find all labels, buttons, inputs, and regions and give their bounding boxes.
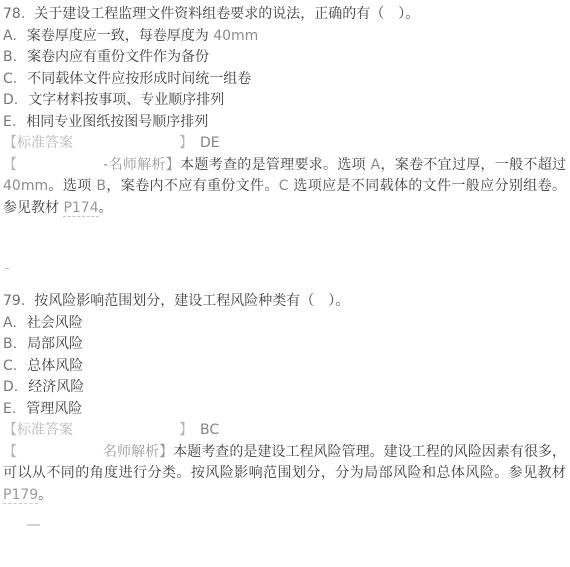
textbook-page-ref: P179: [3, 487, 38, 504]
analysis-label: 名师解析】: [103, 444, 173, 460]
option-letter: A.: [3, 28, 17, 44]
exam-page: 78.关于建设工程监理文件资料组卷要求的说法，正确的有（ ）。 A.案卷厚度应一…: [0, 0, 570, 526]
option-text: 案卷厚度应一致，每卷厚度为: [27, 28, 213, 44]
question-title-text: 关于建设工程监理文件资料组卷要求的说法，正确的有（ ）。: [34, 6, 419, 22]
answer-label-open: 【标准答案: [3, 422, 73, 438]
textbook-page-ref: P174: [63, 200, 98, 217]
option-letter: C.: [3, 358, 17, 374]
answer-label-open: 【标准答案: [3, 135, 73, 151]
option-text: 经济风险: [28, 379, 84, 395]
analysis-bracket-open: 【: [3, 157, 17, 173]
option-letter: A.: [3, 315, 17, 331]
option-text: 不同载体文件应按形成时间统一组卷: [27, 71, 251, 87]
option-text: 管理风险: [26, 401, 82, 417]
stray-mark: -: [5, 261, 566, 275]
option-row-d: D.文字材料按事项、专业顺序排列: [3, 90, 566, 112]
option-letter: D.: [3, 92, 18, 108]
explanation-text: 本题考查的是管理要求。选项: [180, 157, 371, 173]
option-letter: E.: [3, 114, 16, 130]
option-row-c: C.总体风险: [3, 356, 566, 378]
answer-label-close: 】: [179, 135, 193, 151]
option-row-a: A.社会风险: [3, 313, 566, 335]
option-text: 总体风险: [27, 358, 83, 374]
option-row-b: B.案卷内应有重份文件作为备份: [3, 47, 566, 69]
explanation-text: 。: [99, 200, 113, 216]
question-number: 78.: [3, 6, 25, 22]
analysis-bracket-open: 【: [3, 444, 17, 460]
analysis-label: -名师解析】: [103, 157, 180, 173]
explanation-text: 。选项: [48, 178, 96, 194]
option-row-e: E.相同专业图纸按图号顺序排列: [3, 112, 566, 134]
answer-value: DE: [200, 135, 220, 151]
option-row-e: E.管理风险: [3, 399, 566, 421]
option-text: 局部风险: [27, 336, 83, 352]
option-text: 社会风险: [27, 315, 83, 331]
answer-value: BC: [200, 422, 219, 438]
option-letter: B.: [3, 336, 17, 352]
option-text: 文字材料按事项、专业顺序排列: [28, 92, 224, 108]
question-number: 79.: [3, 293, 25, 309]
option-letter: D.: [3, 379, 18, 395]
analysis-paragraph: 【名师解析】本题考查的是建设工程风险管理。建设工程的风险因素有很多，可以从不同的…: [3, 442, 566, 507]
explanation-latin: C: [279, 178, 294, 194]
question-block-78: 78.关于建设工程监理文件资料组卷要求的说法，正确的有（ ）。 A.案卷厚度应一…: [3, 4, 566, 219]
explanation-text: 本题考查的是建设工程风险管理。建设工程的风险因素有很多，可以从不同的角度进行分类…: [3, 444, 566, 482]
explanation-text: ，案卷内不应有重份文件。: [106, 178, 279, 194]
option-row-a: A.案卷厚度应一致，每卷厚度为 40mm: [3, 26, 566, 48]
answer-line: 【标准答案】DE: [3, 133, 566, 155]
question-block-79: 79.按风险影响范围划分，建设工程风险种类有（ ）。 A.社会风险 B.局部风险…: [3, 291, 566, 506]
question-title-text: 按风险影响范围划分，建设工程风险种类有（ ）。: [34, 293, 349, 309]
explanation-text: ，案卷不宜过厚，一般不超过: [380, 157, 566, 173]
explanation-text: 。: [38, 487, 52, 503]
explanation-latin: B: [96, 178, 106, 194]
explanation-latin: 40mm: [3, 178, 48, 194]
option-row-b: B.局部风险: [3, 334, 566, 356]
option-letter: C.: [3, 71, 17, 87]
option-row-d: D.经济风险: [3, 377, 566, 399]
question-title: 78.关于建设工程监理文件资料组卷要求的说法，正确的有（ ）。: [3, 4, 566, 26]
analysis-paragraph: 【-名师解析】本题考查的是管理要求。选项 A，案卷不宜过厚，一般不超过 40mm…: [3, 155, 566, 220]
option-row-c: C.不同载体文件应按形成时间统一组卷: [3, 69, 566, 91]
explanation-latin: A: [371, 157, 381, 173]
stray-underscore: [27, 524, 40, 526]
answer-line: 【标准答案】BC: [3, 420, 566, 442]
option-text-latin: 40mm: [213, 28, 258, 44]
option-text: 案卷内应有重份文件作为备份: [27, 49, 209, 65]
option-letter: B.: [3, 49, 17, 65]
option-letter: E.: [3, 401, 16, 417]
option-text: 相同专业图纸按图号顺序排列: [26, 114, 208, 130]
question-title: 79.按风险影响范围划分，建设工程风险种类有（ ）。: [3, 291, 566, 313]
answer-label-close: 】: [179, 422, 193, 438]
